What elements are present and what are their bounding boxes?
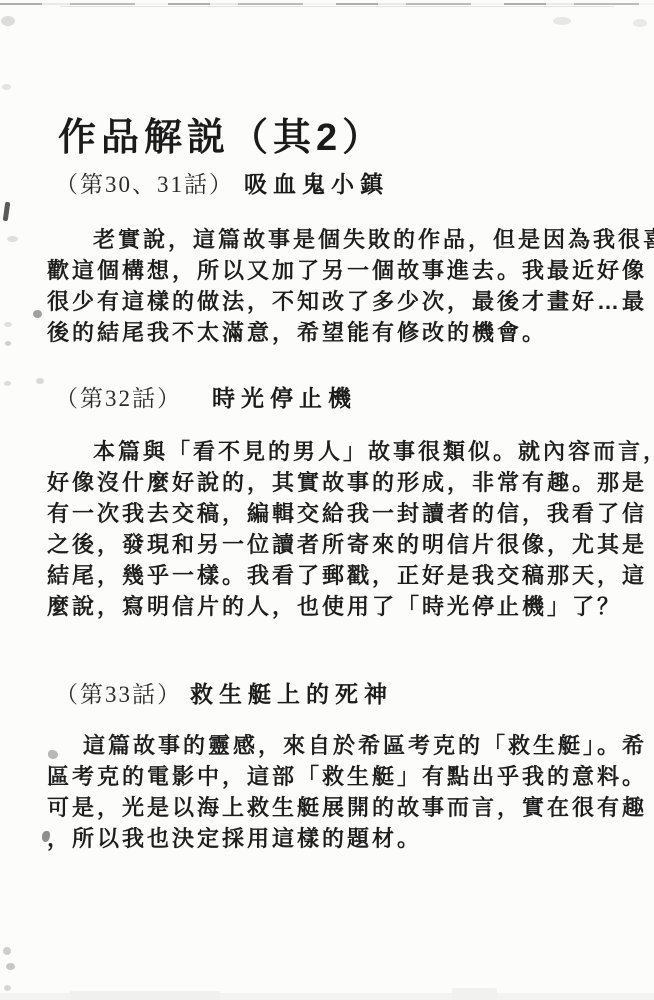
scan-speck (2, 84, 11, 90)
scan-speck (4, 322, 12, 327)
scan-speck (70, 991, 220, 1000)
scan-speck (452, 988, 497, 1000)
text-line: 本篇與「看不見的男人」故事很類似。就內容而言， (47, 436, 637, 467)
episode-title: 時光停止機 (212, 385, 357, 411)
text-line: 麼說，寫明信片的人，也使用了「時光停止機」了？ (47, 591, 637, 622)
scan-speck (5, 341, 11, 346)
scan-speck (3, 947, 11, 955)
scan-edge-line (0, 3, 654, 5)
scan-speck (553, 17, 571, 25)
episode-title: 救生艇上的死神 (190, 681, 393, 707)
text-line: 有一次我去交稿，編輯交給我一封讀者的信，我看了信 (47, 498, 637, 529)
episode-number: （第30、31話） (55, 172, 234, 197)
episode-number: （第33話） (55, 682, 182, 707)
scan-speck (7, 236, 18, 242)
section-heading-ep33: （第33話）救生艇上的死神 (55, 676, 393, 709)
scanned-page: 作品解説（其2） （第30、31話）吸血鬼小鎮 老實說，這篇故事是個失敗的作品，… (0, 0, 654, 1000)
text-line: 老實說，這篇故事是個失敗的作品，但是因為我很喜 (47, 224, 637, 255)
text-line: 很少有這樣的做法，不知改了多少次，最後才畫好…最 (47, 286, 637, 317)
section-heading-ep32: （第32話）時光停止機 (55, 380, 357, 413)
text-line: 之後，發現和另一位讀者所寄來的明信片很像，尤其是 (47, 529, 637, 560)
text-line: 結尾，幾乎一樣。我看了郵戳，正好是我交稿那天，這 (47, 560, 637, 591)
text-line: 區考克的電影中，這部「救生艇」有點出乎我的意料。 (47, 761, 637, 792)
scan-speck (1, 16, 15, 26)
text-line: 後的結尾我不太滿意，希望能有修改的機會。 (47, 317, 637, 348)
text-line: 可是，光是以海上救生艇展開的故事而言，實在很有趣 (47, 792, 637, 823)
scan-speck (4, 381, 11, 386)
section-paragraph: 老實說，這篇故事是個失敗的作品，但是因為我很喜歡這個構想，所以又加了另一個故事進… (47, 224, 637, 348)
text-line: 這篇故事的靈感，來自於希區考克的「救生艇」。希 (47, 730, 637, 761)
episode-title: 吸血鬼小鎮 (244, 171, 389, 197)
scan-speck (36, 378, 44, 384)
section-heading-ep30-31: （第30、31話）吸血鬼小鎮 (55, 166, 389, 199)
scan-speck (4, 985, 11, 991)
section-paragraph: 本篇與「看不見的男人」故事很類似。就內容而言，好像沒什麼好說的，其實故事的形成，… (47, 436, 637, 622)
text-line: 歡這個構想，所以又加了另一個故事進去。我最近好像 (47, 255, 637, 286)
scan-speck (3, 202, 11, 222)
scan-speck (6, 963, 15, 970)
page-title: 作品解説（其2） (58, 106, 385, 161)
scan-speck (33, 310, 42, 318)
episode-number: （第32話） (55, 386, 182, 411)
text-line: ，所以我也決定採用這樣的題材。 (47, 823, 637, 854)
scan-edge-line-faint (60, 6, 614, 7)
section-paragraph: 這篇故事的靈感，來自於希區考克的「救生艇」。希區考克的電影中，這部「救生艇」有點… (47, 730, 637, 854)
scan-speck (633, 19, 647, 27)
text-line: 好像沒什麼好說的，其實故事的形成，非常有趣。那是 (47, 467, 637, 498)
